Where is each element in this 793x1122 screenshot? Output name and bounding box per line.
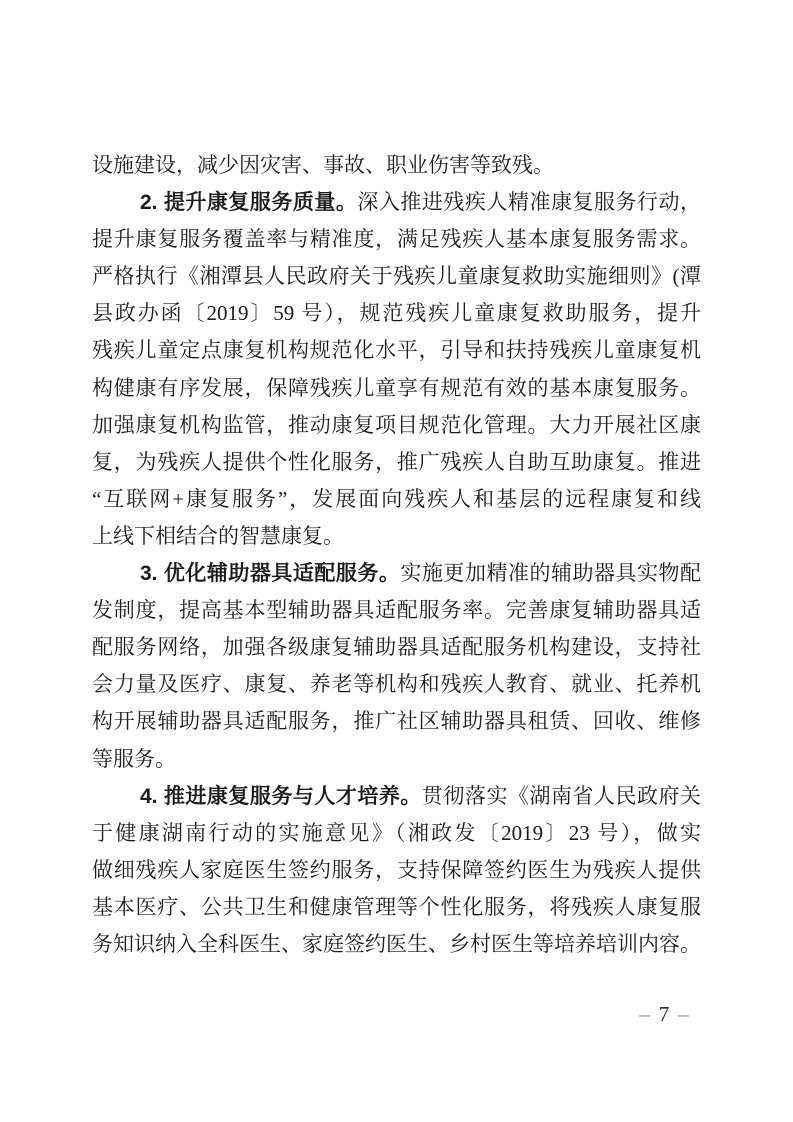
text-line: 严格执行《湘潭县人民政府关于残疾儿童康复救助实施细则》(潭: [92, 258, 701, 295]
text-line-content: 等服务。: [92, 747, 176, 771]
text-line-content: 会力量及医疗、康复、养老等机构和残疾人教育、就业、托养机: [92, 672, 701, 696]
text-line-content: “互联网+康复服务”，发展面向残疾人和基层的远程康复和线: [92, 487, 701, 511]
paragraph-4-first-line: 4. 推进康复服务与人才培养。贯彻落实《湖南省人民政府关: [92, 778, 701, 815]
text-line-content: 构健康有序发展，保障残疾儿童享有规范有效的基本康复服务。: [92, 376, 701, 400]
paragraph-2-first-line: 2. 提升康复服务质量。深入推进残疾人精准康复服务行动，: [92, 184, 701, 221]
text-line-content: 县政办函〔2019〕59 号），规范残疾儿童康复救助服务，提升: [92, 301, 701, 325]
paragraph-3-first-line: 3. 优化辅助器具适配服务。实施更加精准的辅助器具实物配: [92, 555, 701, 592]
page-number: –7–: [612, 1002, 716, 1027]
text-line-content: 基本医疗、公共卫生和健康管理等个性化服务，将残疾人康复服: [92, 895, 701, 919]
page-number-value: 7: [659, 1002, 670, 1026]
text-line: “互联网+康复服务”，发展面向残疾人和基层的远程康复和线: [92, 481, 701, 518]
text-line: 提升康复服务覆盖率与精准度，满足残疾人基本康复服务需求。: [92, 221, 701, 258]
text-line-content: 配服务网络，加强各级康复辅助器具适配服务机构建设，支持社: [92, 635, 701, 659]
text-line-content: 务知识纳入全科医生、家庭签约医生、乡村医生等培养培训内容。: [92, 932, 701, 956]
text-line: 构开展辅助器具适配服务，推广社区辅助器具租赁、回收、维修: [92, 703, 701, 740]
text-line-content: 残疾儿童定点康复机构规范化水平，引导和扶持残疾儿童康复机: [92, 338, 701, 362]
text-line: 基本医疗、公共卫生和健康管理等个性化服务，将残疾人康复服: [92, 889, 701, 926]
page-number-dash-right: –: [678, 1002, 689, 1026]
text-line: 做细残疾人家庭医生签约服务，支持保障签约医生为残疾人提供: [92, 852, 701, 889]
text-line: 上线下相结合的智慧康复。: [92, 518, 701, 555]
text-line-content: 构开展辅助器具适配服务，推广社区辅助器具租赁、回收、维修: [92, 709, 701, 733]
text-line-content: 加强康复机构监管，推动康复项目规范化管理。大力开展社区康: [92, 413, 701, 437]
text-line: 残疾儿童定点康复机构规范化水平，引导和扶持残疾儿童康复机: [92, 332, 701, 369]
text-line: 加强康复机构监管，推动康复项目规范化管理。大力开展社区康: [92, 407, 701, 444]
text-line-content: 做细残疾人家庭医生签约服务，支持保障签约医生为残疾人提供: [92, 858, 701, 882]
text-line: 复，为残疾人提供个性化服务，推广残疾人自助互助康复。推进: [92, 444, 701, 481]
text-line: 县政办函〔2019〕59 号），规范残疾儿童康复救助服务，提升: [92, 295, 701, 332]
text-line: 发制度，提高基本型辅助器具适配服务率。完善康复辅助器具适: [92, 592, 701, 629]
text-line-content: 发制度，提高基本型辅助器具适配服务率。完善康复辅助器具适: [92, 598, 701, 622]
text-line: 构健康有序发展，保障残疾儿童享有规范有效的基本康复服务。: [92, 370, 701, 407]
text-line-content: 严格执行《湘潭县人民政府关于残疾儿童康复救助实施细则》(潭: [92, 264, 701, 288]
text-line-content: 实施更加精准的辅助器具实物配: [400, 561, 701, 585]
text-line-content: 提升康复服务覆盖率与精准度，满足残疾人基本康复服务需求。: [92, 227, 701, 251]
page-number-dash-left: –: [639, 1002, 650, 1026]
text-line-content: 设施建设，减少因灾害、事故、职业伤害等致残。: [92, 153, 554, 177]
text-line: 会力量及医疗、康复、养老等机构和残疾人教育、就业、托养机: [92, 666, 701, 703]
text-line-content: 深入推进残疾人精准康复服务行动，: [357, 190, 701, 214]
text-line-content: 复，为残疾人提供个性化服务，推广残疾人自助互助康复。推进: [92, 450, 701, 474]
text-line: 设施建设，减少因灾害、事故、职业伤害等致残。: [92, 147, 701, 184]
text-line-content: 贯彻落实《湖南省人民政府关: [422, 784, 701, 808]
paragraph-3-heading: 3. 优化辅助器具适配服务。: [140, 562, 400, 585]
text-line: 等服务。: [92, 741, 701, 778]
text-line-content: 于健康湖南行动的实施意见》（湘政发〔2019〕23 号），做实: [92, 821, 701, 845]
paragraph-2-heading: 2. 提升康复服务质量。: [140, 191, 357, 214]
text-line: 配服务网络，加强各级康复辅助器具适配服务机构建设，支持社: [92, 629, 701, 666]
text-line: 务知识纳入全科医生、家庭签约医生、乡村医生等培养培训内容。: [92, 926, 701, 963]
document-page: 设施建设，减少因灾害、事故、职业伤害等致残。 2. 提升康复服务质量。深入推进残…: [0, 0, 793, 1122]
paragraph-4-heading: 4. 推进康复服务与人才培养。: [140, 785, 422, 808]
text-line-content: 上线下相结合的智慧康复。: [92, 524, 344, 548]
text-line: 于健康湖南行动的实施意见》（湘政发〔2019〕23 号），做实: [92, 815, 701, 852]
document-body: 设施建设，减少因灾害、事故、职业伤害等致残。 2. 提升康复服务质量。深入推进残…: [92, 147, 701, 963]
